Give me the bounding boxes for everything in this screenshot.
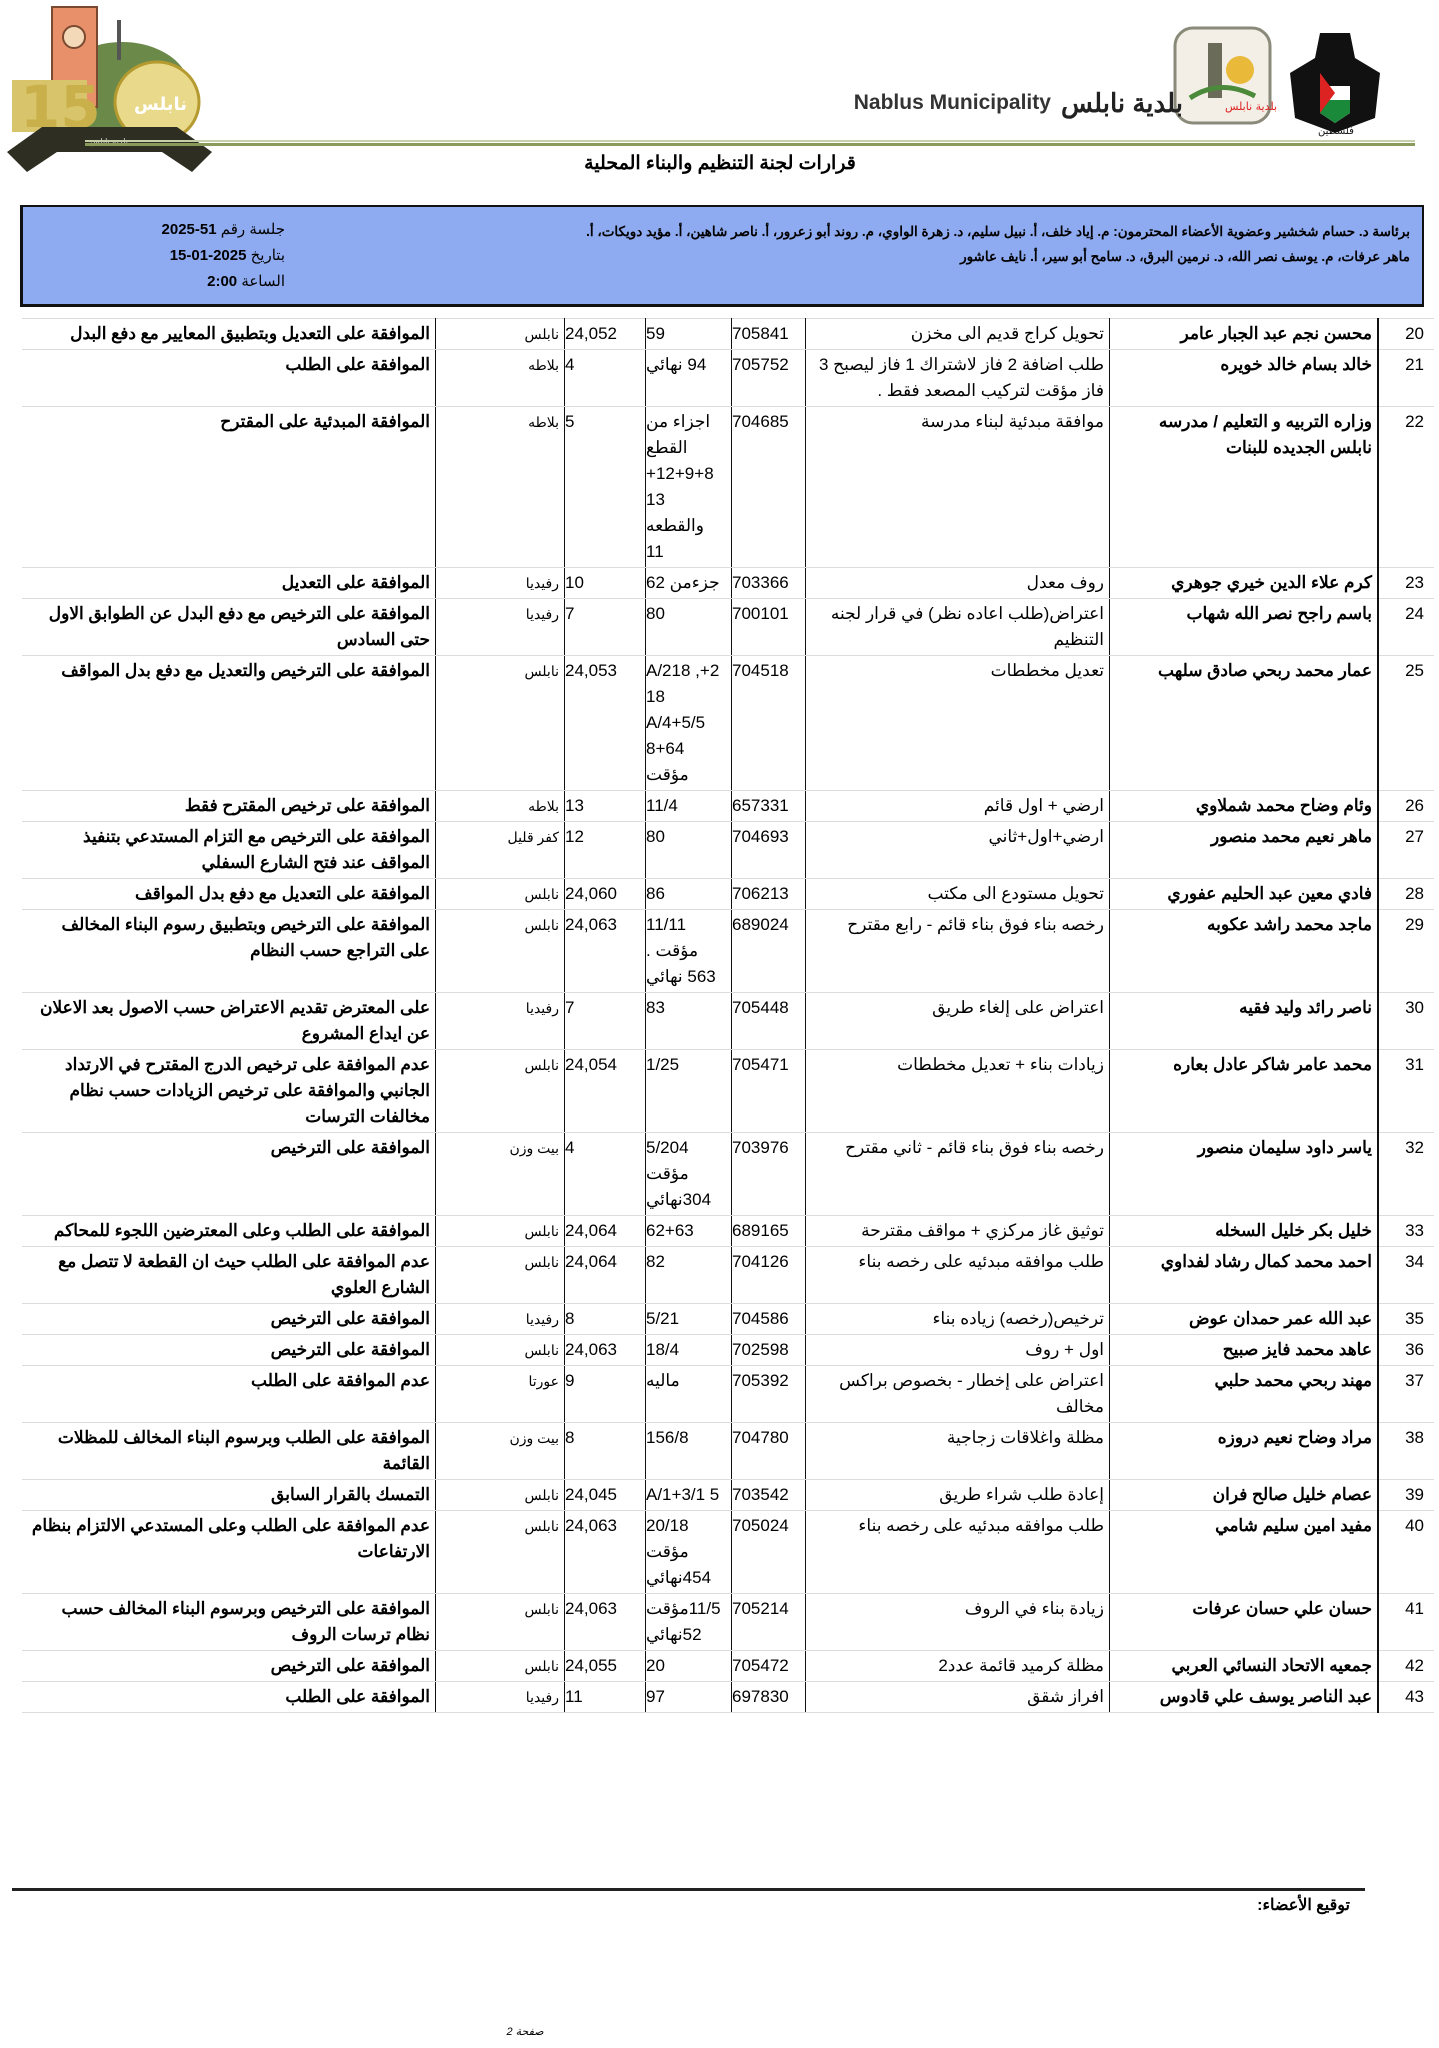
members-line-2: ماهر عرفات، م. يوسف نصر الله، د. نرمين ا… [297, 244, 1410, 269]
applicant-name: احمد محمد كمال رشاد لفداوي [1110, 1247, 1379, 1304]
committee-members: برئاسة د. حسام شخشير وعضوية الأعضاء المح… [297, 207, 1422, 304]
session-details: جلسة رقم 51-2025 بتاريخ 2025-01-15 الساع… [22, 207, 297, 304]
header-divider [85, 133, 1415, 139]
table-row: 26 وئام وضاح محمد شملاوي ارضي + اول قائم… [22, 791, 1434, 822]
request-id: 704693 [732, 822, 806, 879]
applicant-name: ماهر نعيم محمد منصور [1110, 822, 1379, 879]
area-name: نابلس [436, 656, 565, 791]
basin-number: 4 [565, 1133, 646, 1216]
request-description: ارضي+اول+ثاني [806, 822, 1110, 879]
row-number: 24 [1378, 599, 1434, 656]
request-id: 704126 [732, 1247, 806, 1304]
request-description: توثيق غاز مركزي + مواقف مقترحة [806, 1216, 1110, 1247]
applicant-name: عبد الناصر يوسف علي قادوس [1110, 1682, 1379, 1713]
table-row: 28 فادي معين عبد الحليم عفوري تحويل مستو… [22, 879, 1434, 910]
applicant-name: فادي معين عبد الحليم عفوري [1110, 879, 1379, 910]
basin-number: 9 [565, 1366, 646, 1423]
applicant-name: وزاره التربيه و التعليم / مدرسه نابلس ال… [1110, 407, 1379, 568]
brand-english: Nablus Municipality [854, 91, 1051, 115]
page-number: صفحة 2 [490, 2025, 560, 2038]
parcel-number: اجزاء من القطع 8+9+12+ 13 والقطعه 11 [646, 407, 732, 568]
svg-text:نابلس: نابلس [134, 94, 187, 115]
request-id: 704586 [732, 1304, 806, 1335]
parcel-number: 2+A/218 , 18 A/4+5/5 8+64 مؤقت [646, 656, 732, 791]
row-number: 41 [1378, 1594, 1434, 1651]
request-description: ترخيص(رخصه) زياده بناء [806, 1304, 1110, 1335]
applicant-name: مراد وضاح نعيم دروزه [1110, 1423, 1379, 1480]
svg-text:بلدية نابلس: بلدية نابلس [1225, 100, 1277, 113]
request-description: اول + روف [806, 1335, 1110, 1366]
table-row: 42 جمعيه الاتحاد النسائي العربي مظلة كرم… [22, 1651, 1434, 1682]
applicant-name: محسن نجم عبد الجبار عامر [1110, 319, 1379, 350]
applicant-name: مفيد امين سليم شامي [1110, 1511, 1379, 1594]
request-description: رخصه بناء فوق بناء قائم - رابع مقترح [806, 910, 1110, 993]
signature-divider [12, 1888, 1365, 1891]
table-row: 22 وزاره التربيه و التعليم / مدرسه نابلس… [22, 407, 1434, 568]
basin-number: 8 [565, 1423, 646, 1480]
request-description: تحويل كراج قديم الى مخزن [806, 319, 1110, 350]
table-row: 33 خليل بكر خليل السخله توثيق غاز مركزي … [22, 1216, 1434, 1247]
row-number: 26 [1378, 791, 1434, 822]
area-name: بلاطه [436, 791, 565, 822]
request-description: روف معدل [806, 568, 1110, 599]
basin-number: 10 [565, 568, 646, 599]
committee-decision: الموافقة على الترخيص [22, 1133, 436, 1216]
committee-decision: عدم الموافقة على ترخيص الدرج المقترح في … [22, 1050, 436, 1133]
basin-number: 8 [565, 1304, 646, 1335]
nablus-municipality-emblem: بلدية نابلس [1175, 28, 1277, 123]
request-description: اعتراض على إخطار - بخصوص براكس مخالف [806, 1366, 1110, 1423]
area-name: نابلس [436, 1050, 565, 1133]
request-description: موافقة مبدئية لبناء مدرسة [806, 407, 1110, 568]
parcel-number: 18/4 [646, 1335, 732, 1366]
request-description: مظلة واغلاقات زجاجية [806, 1423, 1110, 1480]
area-name: رفيديا [436, 1304, 565, 1335]
committee-decision: الموافقة على الترخيص مع التزام المستدعي … [22, 822, 436, 879]
request-description: افراز شقق [806, 1682, 1110, 1713]
row-number: 30 [1378, 993, 1434, 1050]
table-row: 32 ياسر داود سليمان منصور رخصه بناء فوق … [22, 1133, 1434, 1216]
applicant-name: عصام خليل صالح فران [1110, 1480, 1379, 1511]
basin-number: 4 [565, 350, 646, 407]
area-name: نابلس [436, 879, 565, 910]
row-number: 33 [1378, 1216, 1434, 1247]
parcel-number: 80 [646, 599, 732, 656]
committee-decision: على المعترض تقديم الاعتراض حسب الاصول بع… [22, 993, 436, 1050]
committee-decision: الموافقة المبدئية على المقترح [22, 407, 436, 568]
table-row: 30 ناصر رائد وليد فقيه اعتراض على إلغاء … [22, 993, 1434, 1050]
request-id: 705448 [732, 993, 806, 1050]
session-info-box: جلسة رقم 51-2025 بتاريخ 2025-01-15 الساع… [20, 205, 1424, 307]
row-number: 36 [1378, 1335, 1434, 1366]
area-name: بيت وزن [436, 1423, 565, 1480]
request-id: 702598 [732, 1335, 806, 1366]
basin-number: 24,064 [565, 1216, 646, 1247]
parcel-number: 97 [646, 1682, 732, 1713]
parcel-number: 83 [646, 993, 732, 1050]
session-time: الساعة 2:00 [23, 269, 285, 295]
row-number: 25 [1378, 656, 1434, 791]
committee-decision: الموافقة على الترخيص [22, 1304, 436, 1335]
committee-decision: الموافقة على الطلب وبرسوم البناء المخالف… [22, 1423, 436, 1480]
basin-number: 24,054 [565, 1050, 646, 1133]
applicant-name: خليل بكر خليل السخله [1110, 1216, 1379, 1247]
parcel-number: 80 [646, 822, 732, 879]
area-name: كفر قليل [436, 822, 565, 879]
table-row: 36 عاهد محمد فايز صبيح اول + روف 702598 … [22, 1335, 1434, 1366]
basin-number: 24,063 [565, 1335, 646, 1366]
request-description: تحويل مستودع الى مكتب [806, 879, 1110, 910]
area-name: نابلس [436, 1511, 565, 1594]
row-number: 35 [1378, 1304, 1434, 1335]
request-description: طلب اضافة 2 فاز لاشتراك 1 فاز ليصبح 3 فا… [806, 350, 1110, 407]
row-number: 20 [1378, 319, 1434, 350]
applicant-name: خالد بسام خالد خويره [1110, 350, 1379, 407]
request-id: 704518 [732, 656, 806, 791]
table-row: 21 خالد بسام خالد خويره طلب اضافة 2 فاز … [22, 350, 1434, 407]
parcel-number: ماليه [646, 1366, 732, 1423]
committee-decision: عدم الموافقة على الطلب [22, 1366, 436, 1423]
request-description: زيادات بناء + تعديل مخططات [806, 1050, 1110, 1133]
parcel-number: 5/204 مؤقت 304نهائي [646, 1133, 732, 1216]
committee-decision: الموافقة على التعديل وبتطبيق المعايير مع… [22, 319, 436, 350]
row-number: 28 [1378, 879, 1434, 910]
basin-number: 7 [565, 993, 646, 1050]
parcel-number: 1/25 [646, 1050, 732, 1133]
basin-number: 24,055 [565, 1651, 646, 1682]
parcel-number: 86 [646, 879, 732, 910]
document-title: قرارات لجنة التنظيم والبناء المحلية [400, 152, 1040, 175]
decisions-table: 20 محسن نجم عبد الجبار عامر تحويل كراج ق… [22, 318, 1434, 1713]
area-name: عورتا [436, 1366, 565, 1423]
request-id: 706213 [732, 879, 806, 910]
table-row: 39 عصام خليل صالح فران إعادة طلب شراء طر… [22, 1480, 1434, 1511]
committee-decision: الموافقة على التعديل [22, 568, 436, 599]
basin-number: 24,045 [565, 1480, 646, 1511]
parcel-number: 156/8 [646, 1423, 732, 1480]
applicant-name: ناصر رائد وليد فقيه [1110, 993, 1379, 1050]
request-id: 703542 [732, 1480, 806, 1511]
parcel-number: 11/5مؤقت 52نهائي [646, 1594, 732, 1651]
basin-number: 5 [565, 407, 646, 568]
basin-number: 11 [565, 1682, 646, 1713]
basin-number: 24,064 [565, 1247, 646, 1304]
parcel-number: 20 [646, 1651, 732, 1682]
table-row: 29 ماجد محمد راشد عكوبه رخصه بناء فوق بن… [22, 910, 1434, 993]
row-number: 43 [1378, 1682, 1434, 1713]
palestine-eagle-emblem: فلسطين [1290, 33, 1380, 137]
request-description: طلب موافقه مبدئيه على رخصه بناء [806, 1511, 1110, 1594]
decisions-table-wrapper: 20 محسن نجم عبد الجبار عامر تحويل كراج ق… [22, 318, 1434, 1713]
request-description: زيادة بناء في الروف [806, 1594, 1110, 1651]
request-id: 689024 [732, 910, 806, 993]
parcel-number: جزءمن 62 [646, 568, 732, 599]
row-number: 39 [1378, 1480, 1434, 1511]
parcel-number: 5/21 [646, 1304, 732, 1335]
basin-number: 24,053 [565, 656, 646, 791]
parcel-number: 62+63 [646, 1216, 732, 1247]
request-id: 705752 [732, 350, 806, 407]
municipality-brand: Nablus Municipality بلدية نابلس [793, 86, 1183, 120]
basin-number: 24,060 [565, 879, 646, 910]
committee-decision: الموافقة على التعديل مع دفع بدل المواقف [22, 879, 436, 910]
basin-number: 24,063 [565, 1594, 646, 1651]
committee-decision: الموافقة على الطلب وعلى المعترضين اللجوء… [22, 1216, 436, 1247]
area-name: رفيديا [436, 1682, 565, 1713]
row-number: 31 [1378, 1050, 1434, 1133]
area-name: نابلس [436, 1216, 565, 1247]
request-description: اعتراض(طلب اعاده نظر) في قرار لجنه التنظ… [806, 599, 1110, 656]
committee-decision: الموافقة على الترخيص وبرسوم البناء المخا… [22, 1594, 436, 1651]
area-name: بلاطه [436, 407, 565, 568]
basin-number: 24,063 [565, 910, 646, 993]
committee-decision: الموافقة على الترخيص وبتطبيق رسوم البناء… [22, 910, 436, 993]
applicant-name: ياسر داود سليمان منصور [1110, 1133, 1379, 1216]
committee-decision: الموافقة على الترخيص [22, 1651, 436, 1682]
request-id: 705841 [732, 319, 806, 350]
table-row: 38 مراد وضاح نعيم دروزه مظلة واغلاقات زج… [22, 1423, 1434, 1480]
row-number: 40 [1378, 1511, 1434, 1594]
applicant-name: كرم علاء الدين خيري جوهري [1110, 568, 1379, 599]
area-name: بيت وزن [436, 1133, 565, 1216]
table-row: 34 احمد محمد كمال رشاد لفداوي طلب موافقه… [22, 1247, 1434, 1304]
area-name: رفيديا [436, 568, 565, 599]
nablus-150-anniversary-logo: 15 نابلس بلدية نابلس [2, 2, 217, 180]
applicant-name: حسان علي حسان عرفات [1110, 1594, 1379, 1651]
table-row: 27 ماهر نعيم محمد منصور ارضي+اول+ثاني 70… [22, 822, 1434, 879]
table-row: 25 عمار محمد ربحي صادق سلهب تعديل مخططات… [22, 656, 1434, 791]
area-name: نابلس [436, 319, 565, 350]
area-name: رفيديا [436, 599, 565, 656]
request-description: مظلة كرميد قائمة عدد2 [806, 1651, 1110, 1682]
basin-number: 24,052 [565, 319, 646, 350]
table-row: 35 عبد الله عمر حمدان عوض ترخيص(رخصه) زي… [22, 1304, 1434, 1335]
request-id: 697830 [732, 1682, 806, 1713]
table-row: 41 حسان علي حسان عرفات زيادة بناء في الر… [22, 1594, 1434, 1651]
members-signature-label: توقيع الأعضاء: [1200, 1895, 1350, 1915]
basin-number: 7 [565, 599, 646, 656]
request-id: 705392 [732, 1366, 806, 1423]
applicant-name: عبد الله عمر حمدان عوض [1110, 1304, 1379, 1335]
committee-decision: عدم الموافقة على الطلب حيث ان القطعة لا … [22, 1247, 436, 1304]
request-id: 705471 [732, 1050, 806, 1133]
applicant-name: ماجد محمد راشد عكوبه [1110, 910, 1379, 993]
area-name: نابلس [436, 1247, 565, 1304]
area-name: نابلس [436, 1335, 565, 1366]
parcel-number: 82 [646, 1247, 732, 1304]
table-row: 20 محسن نجم عبد الجبار عامر تحويل كراج ق… [22, 319, 1434, 350]
table-row: 43 عبد الناصر يوسف علي قادوس افراز شقق 6… [22, 1682, 1434, 1713]
request-id: 700101 [732, 599, 806, 656]
request-description: رخصه بناء فوق بناء قائم - ثاني مقترح [806, 1133, 1110, 1216]
parcel-number: 59 [646, 319, 732, 350]
committee-decision: الموافقة على ترخيص المقترح فقط [22, 791, 436, 822]
request-id: 689165 [732, 1216, 806, 1247]
row-number: 21 [1378, 350, 1434, 407]
area-name: نابلس [436, 910, 565, 993]
row-number: 37 [1378, 1366, 1434, 1423]
parcel-number: 11/11 مؤقت . 563 نهائي [646, 910, 732, 993]
request-id: 704685 [732, 407, 806, 568]
area-name: رفيديا [436, 993, 565, 1050]
request-id: 657331 [732, 791, 806, 822]
area-name: بلاطه [436, 350, 565, 407]
request-description: تعديل مخططات [806, 656, 1110, 791]
parcel-number: 11/4 [646, 791, 732, 822]
committee-decision: التمسك بالقرار السابق [22, 1480, 436, 1511]
basin-number: 13 [565, 791, 646, 822]
request-id: 703976 [732, 1133, 806, 1216]
applicant-name: وئام وضاح محمد شملاوي [1110, 791, 1379, 822]
request-id: 705214 [732, 1594, 806, 1651]
applicant-name: عمار محمد ربحي صادق سلهب [1110, 656, 1379, 791]
area-name: نابلس [436, 1480, 565, 1511]
committee-decision: الموافقة على الترخيص والتعديل مع دفع بدل… [22, 656, 436, 791]
brand-arabic: بلدية نابلس [1061, 88, 1183, 119]
table-row: 37 مهند ربحي محمد حلبي اعتراض على إخطار … [22, 1366, 1434, 1423]
members-line-1: برئاسة د. حسام شخشير وعضوية الأعضاء المح… [297, 219, 1410, 244]
request-description: اعتراض على إلغاء طريق [806, 993, 1110, 1050]
committee-decision: الموافقة على الترخيص [22, 1335, 436, 1366]
table-row: 40 مفيد امين سليم شامي طلب موافقه مبدئيه… [22, 1511, 1434, 1594]
basin-number: 12 [565, 822, 646, 879]
official-emblems: بلدية نابلس فلسطين [1170, 18, 1390, 138]
row-number: 29 [1378, 910, 1434, 993]
request-id: 703366 [732, 568, 806, 599]
applicant-name: جمعيه الاتحاد النسائي العربي [1110, 1651, 1379, 1682]
table-row: 31 محمد عامر شاكر عادل بعاره زيادات بناء… [22, 1050, 1434, 1133]
session-date: بتاريخ 2025-01-15 [23, 243, 285, 269]
row-number: 22 [1378, 407, 1434, 568]
parcel-number: 94 نهائي [646, 350, 732, 407]
parcel-number: 20/18 مؤقت 454نهائي [646, 1511, 732, 1594]
applicant-name: عاهد محمد فايز صبيح [1110, 1335, 1379, 1366]
area-name: نابلس [436, 1594, 565, 1651]
committee-decision: الموافقة على الطلب [22, 1682, 436, 1713]
area-name: نابلس [436, 1651, 565, 1682]
request-id: 705472 [732, 1651, 806, 1682]
applicant-name: محمد عامر شاكر عادل بعاره [1110, 1050, 1379, 1133]
table-row: 23 كرم علاء الدين خيري جوهري روف معدل 70… [22, 568, 1434, 599]
request-description: إعادة طلب شراء طريق [806, 1480, 1110, 1511]
table-row: 24 باسم راجح نصر الله شهاب اعتراض(طلب اع… [22, 599, 1434, 656]
request-description: طلب موافقه مبدئيه على رخصه بناء [806, 1247, 1110, 1304]
row-number: 38 [1378, 1423, 1434, 1480]
row-number: 32 [1378, 1133, 1434, 1216]
row-number: 23 [1378, 568, 1434, 599]
parcel-number: A/1+3/1 5 [646, 1480, 732, 1511]
request-id: 705024 [732, 1511, 806, 1594]
basin-number: 24,063 [565, 1511, 646, 1594]
applicant-name: مهند ربحي محمد حلبي [1110, 1366, 1379, 1423]
row-number: 27 [1378, 822, 1434, 879]
row-number: 34 [1378, 1247, 1434, 1304]
committee-decision: الموافقة على الترخيص مع دفع البدل عن الط… [22, 599, 436, 656]
request-id: 704780 [732, 1423, 806, 1480]
session-number: جلسة رقم 51-2025 [23, 217, 285, 243]
applicant-name: باسم راجح نصر الله شهاب [1110, 599, 1379, 656]
row-number: 42 [1378, 1651, 1434, 1682]
committee-decision: الموافقة على الطلب [22, 350, 436, 407]
committee-decision: عدم الموافقة على الطلب وعلى المستدعي الا… [22, 1511, 436, 1594]
request-description: ارضي + اول قائم [806, 791, 1110, 822]
